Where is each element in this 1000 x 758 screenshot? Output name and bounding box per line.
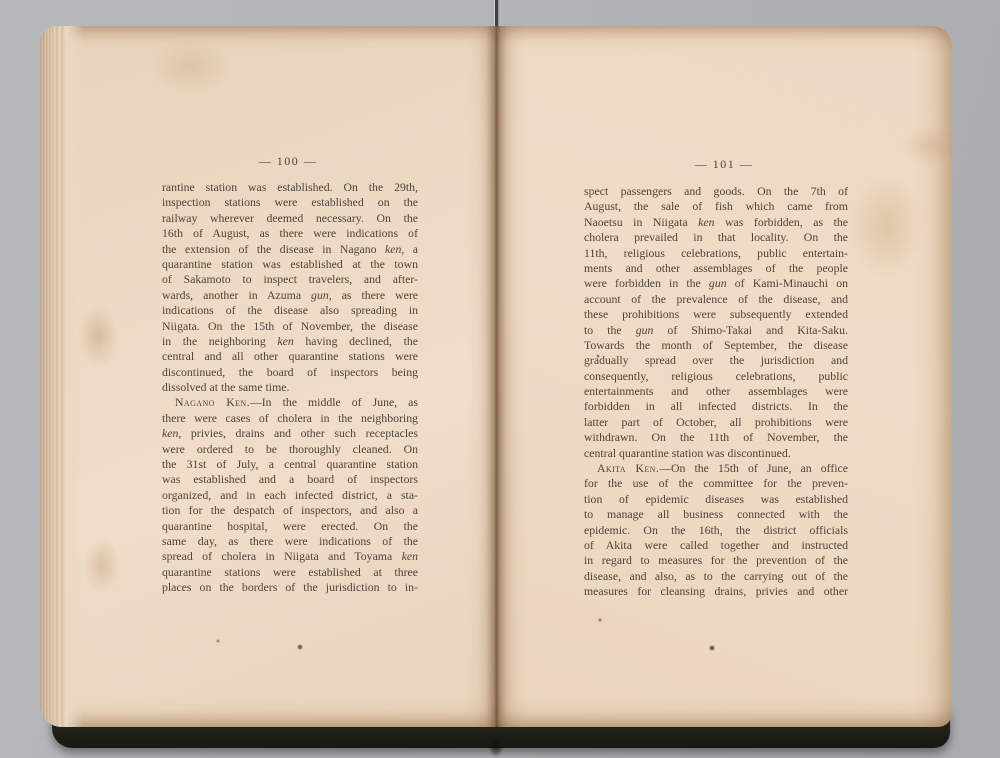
text-line: were forbidden in the gun of Kami-Minauc…: [584, 276, 848, 291]
text-line: rantine station was established. On the …: [162, 180, 418, 195]
text-line: the extension of the disease in Nagano k…: [162, 242, 418, 257]
text-line: central and all other quarantine station…: [162, 349, 418, 364]
text-line: dissolved at the same time.: [162, 380, 418, 395]
text-line: indications of the disease also spreadin…: [162, 303, 418, 318]
text-line: epidemic. On the 16th, the district offi…: [584, 523, 848, 538]
text-line: places on the borders of the jurisdictio…: [162, 580, 418, 595]
text-line: inspection stations were established on …: [162, 195, 418, 210]
text-line: ken, privies, drains and other such rece…: [162, 426, 418, 441]
text-line: were ordered to be thoroughly cleaned. O…: [162, 442, 418, 457]
text-line: Niigata. On the 15th of November, the di…: [162, 319, 418, 334]
text-line: to manage all business connected with th…: [584, 507, 848, 522]
text-line: of Akita were called together and instru…: [584, 538, 848, 553]
text-line: August, the sale of fish which came from: [584, 199, 848, 214]
text-line: spread of cholera in Niigata and Toyama …: [162, 549, 418, 564]
text-line: account of the prevalence of the disease…: [584, 292, 848, 307]
text-line: there were cases of cholera in the neigh…: [162, 411, 418, 426]
text-line: quarantine station was established at th…: [162, 257, 418, 272]
text-line: to the gun of Shimo-Takai and Kita-Saku.: [584, 323, 848, 338]
text-line: discontinued, the board of inspectors be…: [162, 365, 418, 380]
text-line: of Sakamoto to inspect travelers, and af…: [162, 272, 418, 287]
text-line: disease, and also, as to the carrying ou…: [584, 569, 848, 584]
right-page-text: spect passengers and goods. On the 7th o…: [584, 184, 848, 600]
text-line: measures for cleansing drains, privies a…: [584, 584, 848, 599]
text-line: same day, as there were indications of t…: [162, 534, 418, 549]
text-line: 16th of August, as there were indication…: [162, 226, 418, 241]
text-line: entertainments and other assemblages wer…: [584, 384, 848, 399]
page-number-left: — 100 —: [160, 154, 416, 169]
text-line: spect passengers and goods. On the 7th o…: [584, 184, 848, 199]
page-number-right: — 101 —: [592, 157, 856, 172]
text-line: the 31st of July, a central quarantine s…: [162, 457, 418, 472]
text-line: Towards the month of September, the dise…: [584, 338, 848, 353]
text-line: quarantine stations were established at …: [162, 565, 418, 580]
text-line: wards, another in Azuma gun, as there we…: [162, 288, 418, 303]
text-line: in the neighboring ken having declined, …: [162, 334, 418, 349]
text-line: ments and other assemblages of the peopl…: [584, 261, 848, 276]
text-line: latter part of October, all prohibitions…: [584, 415, 848, 430]
text-line: railway wherever deemed necessary. On th…: [162, 211, 418, 226]
text-line: Akita Ken.—On the 15th of June, an offic…: [584, 461, 848, 476]
background-divider-line-bottom: [487, 740, 505, 758]
text-line: 11th, religious celebrations, public ent…: [584, 246, 848, 261]
text-line: Naoetsu in Niigata ken was forbidden, as…: [584, 215, 848, 230]
text-line: organized, and in each infected district…: [162, 488, 418, 503]
text-line: withdrawn. On the 11th of November, the: [584, 430, 848, 445]
text-line: consequently, religious celebrations, pu…: [584, 369, 848, 384]
left-page-text: rantine station was established. On the …: [162, 180, 418, 596]
text-line: tion for the despatch of inspectors, and…: [162, 503, 418, 518]
text-line: these prohibitions were subsequently ext…: [584, 307, 848, 322]
text-line: forbidden in all infected districts. In …: [584, 399, 848, 414]
text-line: Nagano Ken.—In the middle of June, as: [162, 395, 418, 410]
text-line: tion of epidemic diseases was establishe…: [584, 492, 848, 507]
page-stack-edges: [40, 26, 86, 727]
text-line: in regard to measures for the prevention…: [584, 553, 848, 568]
book-scan-photo: — 100 — rantine station was established.…: [0, 0, 1000, 758]
text-line: cholera prevailed in that locality. On t…: [584, 230, 848, 245]
book-gutter: [487, 26, 507, 727]
text-line: quarantine hospital, were erected. On th…: [162, 519, 418, 534]
text-line: was established and a board of inspector…: [162, 472, 418, 487]
text-line: gradually spread over the jurisdiction a…: [584, 353, 848, 368]
text-line: central quarantine station was discontin…: [584, 446, 848, 461]
text-line: for the use of the committee for the pre…: [584, 476, 848, 491]
